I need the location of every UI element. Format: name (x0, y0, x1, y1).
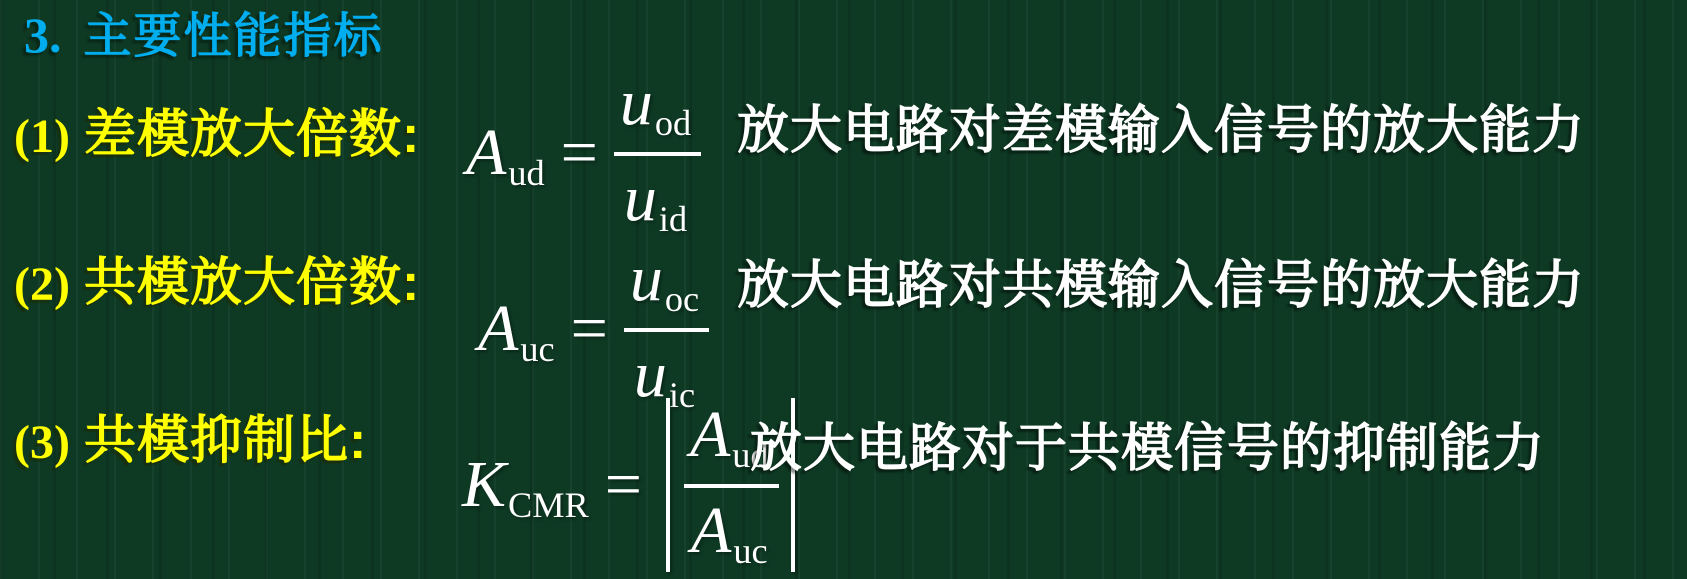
item-3-label: (3) 共模抑制比: (14, 414, 367, 469)
formula-2-numerator: uoc (624, 242, 709, 332)
formula-1-denominator: uid (618, 156, 697, 240)
formula-1-lhs: Aud (466, 120, 545, 186)
formula-1-denominator-base: u (624, 162, 657, 235)
slide: 3. 主要性能指标 (1) 差模放大倍数: Aud = uod uid 放大电路… (0, 0, 1687, 579)
item-1-formula: Aud = uod uid (466, 66, 701, 240)
formula-3-lhs: KCMR (462, 452, 589, 518)
equals-sign: = (561, 120, 598, 186)
item-1-title: 差模放大倍数: (84, 108, 420, 163)
formula-1-numerator-base: u (620, 66, 653, 139)
item-2-number: (2) (14, 261, 70, 309)
formula-3-denominator-base: A (691, 494, 731, 567)
formula-1-lhs-subscript: ud (508, 153, 544, 193)
formula-1-numerator-subscript: od (655, 103, 691, 143)
item-2-description: 放大电路对共模输入信号的放大能力 (737, 255, 1585, 317)
formula-3-lhs-base: K (462, 448, 506, 521)
item-1-description: 放大电路对差模输入信号的放大能力 (737, 100, 1585, 162)
item-1-number: (1) (14, 113, 70, 161)
formula-2-numerator-subscript: oc (665, 279, 699, 319)
item-3-description: 放大电路对于共模信号的抑制能力 (750, 418, 1545, 480)
item-2-title: 共模放大倍数: (84, 256, 420, 311)
equals-sign: = (571, 296, 608, 362)
formula-3-denominator-subscript: uc (733, 531, 767, 571)
item-1-label: (1) 差模放大倍数: (14, 108, 420, 163)
item-3-number: (3) (14, 419, 70, 467)
item-3-formula: KCMR = Aud Auc (462, 398, 795, 572)
item-2-formula: Auc = uoc uic (478, 242, 709, 416)
formula-1-denominator-subscript: id (659, 199, 687, 239)
formula-3-denominator: Auc (685, 488, 778, 572)
formula-3-lhs-subscript: CMR (508, 485, 589, 525)
absolute-value-bar-left (666, 398, 670, 572)
page-title: 3. 主要性能指标 (24, 10, 384, 62)
formula-1-numerator: uod (614, 66, 701, 156)
title-number: 3. (24, 10, 62, 60)
formula-1-fraction: uod uid (614, 66, 701, 240)
formula-2-numerator-base: u (630, 242, 663, 315)
formula-3-numerator-base: A (690, 398, 730, 471)
equals-sign: = (605, 452, 642, 518)
formula-1-lhs-base: A (466, 116, 506, 189)
formula-2-lhs-subscript: uc (520, 329, 554, 369)
title-text: 主要性能指标 (84, 12, 384, 62)
formula-2-lhs-base: A (478, 292, 518, 365)
formula-2-fraction: uoc uic (624, 242, 709, 416)
item-3-title: 共模抑制比: (84, 414, 367, 469)
item-2-label: (2) 共模放大倍数: (14, 256, 420, 311)
formula-2-lhs: Auc (478, 296, 555, 362)
